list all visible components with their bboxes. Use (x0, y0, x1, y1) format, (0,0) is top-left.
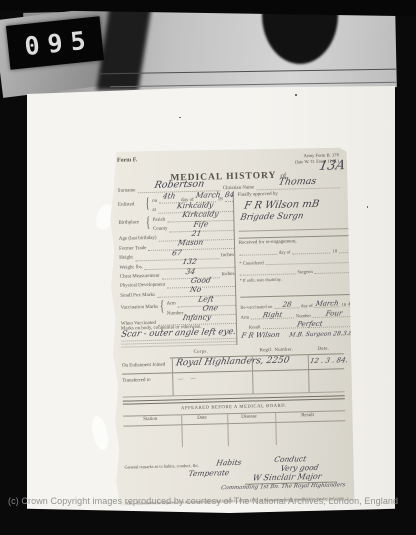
surname-label: Surname (118, 188, 136, 194)
vaccination-label: Vaccination Marks (120, 305, 158, 311)
surname-value: Robertson (153, 180, 204, 191)
approved-section: Finally approved by F R Wilson mB Brigad… (238, 190, 354, 238)
approved-label: Finally approved by (238, 190, 353, 198)
dust-speck (179, 117, 181, 118)
result-value: Perfect (296, 321, 323, 329)
form-content: Form F. Army Form B. 178 (late W. O. For… (117, 152, 348, 517)
remarks-label: General remarks as to habits, conduct, &… (124, 464, 199, 471)
remarks-section: General remarks as to habits, conduct, &… (124, 455, 347, 498)
blank-line (121, 344, 236, 348)
copyright-caption: (c) Crown Copyright images reproduced by… (8, 496, 412, 506)
left-column: Enlisted { on 4th day of March 18 84 (118, 193, 236, 348)
reengagement-section: Received for re-engagement, day of 18 * … (239, 235, 356, 297)
unfit-footnote: * If unfit, state disability. (240, 275, 355, 283)
revacc-month-field: March (315, 300, 340, 309)
enlisted-year-value: 84 (224, 191, 235, 199)
when-vaccinated-value: Infancy (182, 314, 212, 322)
revacc-year-value: 84 (347, 300, 357, 307)
date-header: Date. (318, 347, 330, 352)
habits-value: Temperate (188, 469, 230, 478)
enlistment-date-value: 12 . 3 . 84. (309, 357, 348, 365)
age-value: 21 (191, 230, 202, 238)
form-columns: Enlisted { on 4th day of March 18 84 (118, 190, 344, 347)
surgeon-signature-date: M.B. Surgeon 28.3.84 (289, 331, 357, 339)
brace-glyph: { (145, 197, 150, 212)
habits-word: Habits (216, 459, 242, 467)
commanding-officer-signature: W Sinclair Major (252, 473, 322, 483)
development-value: Good (190, 276, 211, 284)
right-column: Finally approved by F R Wilson mB Brigad… (233, 190, 357, 345)
parish-value: Kirkcaldy (181, 210, 219, 218)
revaccination-section: Re-vaccinated on 28 day of March 18 84 A… (240, 294, 356, 345)
enlisted-place-value: Kirkcaldy (177, 201, 215, 209)
smallpox-value: No (190, 286, 202, 294)
christian-name-value: Thomas (278, 177, 318, 187)
transferred-to-label: Transferred to (122, 378, 150, 384)
revacc-month-value: March (315, 301, 339, 309)
transferred-to-value: — — (178, 377, 198, 382)
table-rule (181, 415, 183, 447)
table-rule (275, 413, 277, 445)
dust-speck (367, 206, 368, 208)
revacc-year-field: 84 (348, 299, 356, 307)
revacc-number-value: Four (325, 310, 343, 317)
medical-history-form: 13A Form F. Army Form B. 178 (late W. O.… (107, 146, 356, 507)
trade-value: Mason (178, 239, 205, 247)
enlistment-joined-label: On Enlistment Joined (122, 363, 165, 369)
dust-speck (295, 94, 297, 96)
county-value: Fife (193, 220, 209, 228)
microfilm-frame: 095 13A Form F. Army Form B. 178 (late W… (0, 0, 416, 535)
surgeon-label: Surgeon (297, 269, 312, 274)
brace-glyph: { (146, 216, 151, 231)
disease-header: Disease (241, 414, 257, 419)
birthplace-label: Birthplace (118, 221, 144, 227)
surgeon-row: Surgeon (239, 263, 354, 276)
corps-table: Corps. Regtl. Number. Date. On Enlistmen… (122, 345, 345, 400)
revacc-arm-value: Right (262, 312, 283, 320)
regtl-number-header: Regtl. Number. (260, 347, 294, 353)
enlisted-day-value: 4th (162, 193, 176, 201)
christian-name-field: Thomas (256, 169, 340, 190)
table-rule (172, 357, 174, 395)
revaccination-signature-row: F R Wilson M.B. Surgeon 28.3.84 (241, 327, 356, 340)
board-date-header: Date (197, 416, 207, 421)
weight-value: 132 (182, 258, 198, 266)
table-rule (122, 368, 344, 374)
table-rule (227, 414, 229, 446)
enlisted-on-label: on (152, 199, 157, 205)
enlisted-label: Enlisted (118, 202, 144, 208)
approving-officer-signature: F R Wilson mB (243, 198, 354, 211)
medical-board-table: APPEARED BEFORE A MEDICAL BOARD. Station… (123, 401, 346, 458)
printer-code: R & C. (8321) 50,000 10/83 (126, 508, 348, 517)
enlisted-month-value: March (195, 192, 221, 200)
brace-glyph: { (160, 300, 165, 315)
blank-line (315, 272, 355, 274)
revacc-day-value: 28 (282, 302, 292, 309)
result-header: Result (301, 413, 314, 418)
conduct-word: Conduct (274, 455, 307, 463)
blank-line (240, 274, 296, 276)
chest-value: 34 (185, 267, 196, 275)
commanding-officer-title: Commanding 1st Bn. The Royal Highlanders (220, 483, 345, 492)
arm-value: Left (198, 295, 215, 303)
form-number: Form F. (117, 157, 138, 163)
army-form-reference: Army Form B. 178 (late W. O. Form 1143.) (295, 152, 339, 164)
enlistment-corps-value: Royal Highlanders, 2250 (175, 357, 290, 369)
document-page: 13A Form F. Army Form B. 178 (late W. O.… (27, 86, 395, 513)
height-value: 67 (171, 249, 182, 257)
corps-header: Corps. (194, 350, 209, 355)
frame-counter-digits: 095 (15, 25, 95, 62)
station-header: Station (143, 417, 157, 422)
marks-value: Scar - outer angle left eye. (120, 328, 236, 339)
number-value: One (202, 304, 219, 312)
surgeon-signature: F R Wilson (240, 332, 280, 340)
army-form-line2: (late W. O. Form 1143.) (295, 158, 339, 164)
torn-paper-edge (90, 415, 111, 451)
